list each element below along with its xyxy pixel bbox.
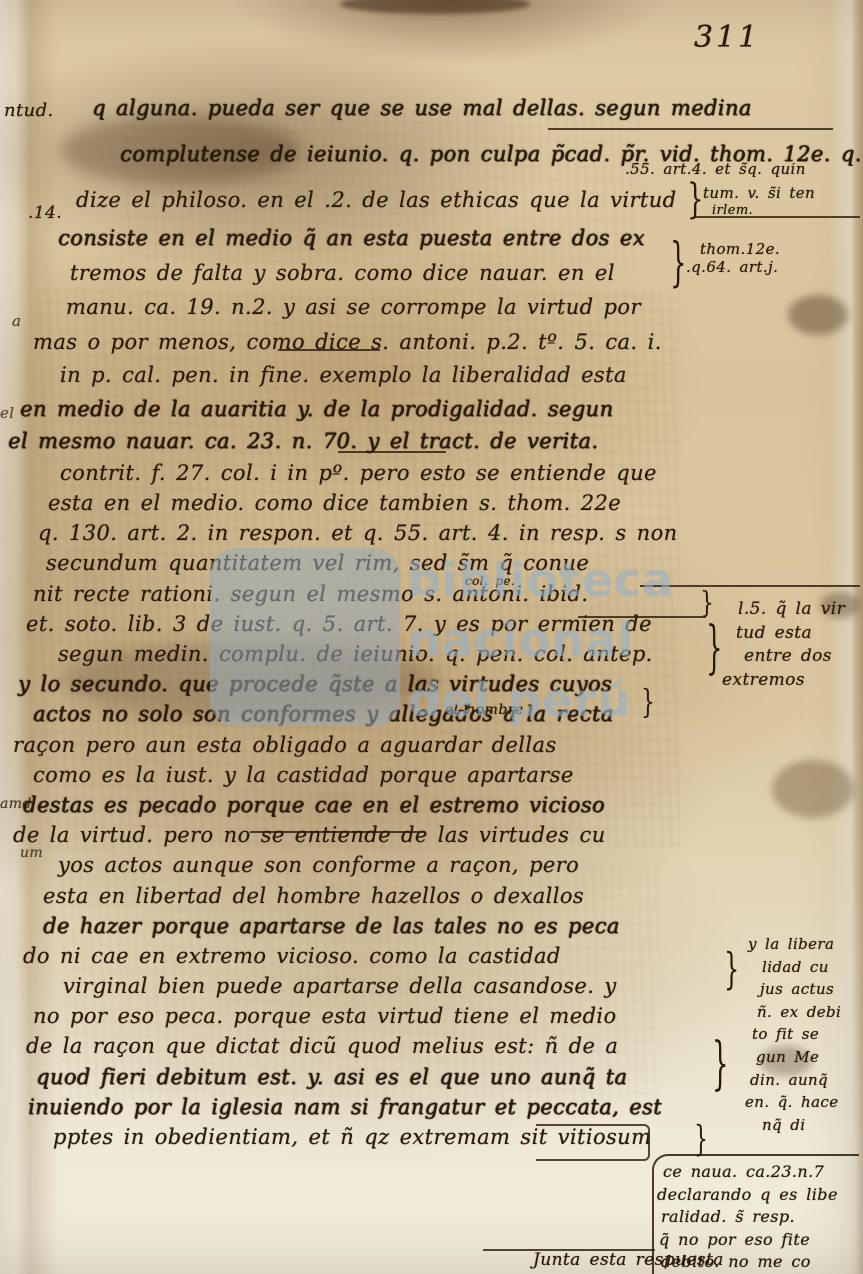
- ink-rule: [578, 616, 706, 618]
- manuscript-line: el mesmo nauar. ca. 23. n. 70. y el trac…: [0, 429, 863, 459]
- margin-fragment: a: [12, 312, 21, 330]
- bottom-annotation: Junta esta respuesta: [533, 1250, 724, 1270]
- margin-fragment: amd: [0, 796, 32, 812]
- manuscript-line: raçon pero aun esta obligado a aguardar …: [0, 733, 863, 763]
- margin-note-citation: tum. v. s̃i ten: [703, 184, 815, 202]
- folio-number: 311: [694, 20, 760, 55]
- brace-mark: }: [706, 616, 723, 682]
- margin-note-citation: .55. art.4. et s̃q. quin: [625, 160, 806, 178]
- manuscript-line: inuiendo por la iglesia nam si frangatur…: [0, 1095, 863, 1125]
- manuscript-line: en medio de la auaritia y. de la prodiga…: [0, 397, 863, 427]
- boxed-annotation-line: ce naua. ca.23.n.7: [663, 1161, 838, 1184]
- manuscript-line: contrit. f. 27. col. i in pº. pero esto …: [0, 461, 863, 491]
- word-box-frame: [536, 1124, 650, 1161]
- manuscript-page: 311 q alguna. pueda ser que se use mal d…: [0, 0, 863, 1274]
- manuscript-line: manu. ca. 19. n.2. y asi se corrompe la …: [0, 295, 863, 325]
- interlinear-note: el hombre: [445, 702, 523, 718]
- margin-note-line: l.5. q̃ la vir: [738, 598, 845, 622]
- margin-fragment: ntud.: [4, 100, 54, 121]
- ink-rule: [695, 216, 860, 218]
- ink-rule: [548, 128, 833, 130]
- manuscript-line: pptes in obedientiam, et ñ qz extremam s…: [0, 1125, 863, 1155]
- manuscript-line: esta en libertad del hombre hazellos o d…: [0, 884, 863, 914]
- margin-note-line: nq̃ di: [762, 1114, 841, 1137]
- ink-underline: [278, 349, 380, 351]
- margin-note-line: extremos: [722, 669, 845, 693]
- boxed-annotation-line: ralidad. s̃ resp.: [661, 1206, 838, 1229]
- manuscript-line: q alguna. pueda ser que se use mal della…: [0, 96, 863, 126]
- margin-note-line: to fit se: [752, 1023, 841, 1046]
- margin-note-line: y la libera: [748, 933, 841, 956]
- margin-note-line: jus actus: [760, 978, 841, 1001]
- ink-rule: [640, 585, 860, 587]
- margin-note-line: gun Me: [756, 1046, 841, 1069]
- margin-note-liberalidad: y la liberalidad cujus actusñ. ex debito…: [748, 933, 841, 1136]
- margin-note-line: entre dos: [744, 645, 845, 669]
- manuscript-line: in p. cal. pen. in fine. exemplo la libe…: [0, 363, 863, 393]
- ink-underline: [338, 451, 446, 453]
- manuscript-line: secundum quantitatem vel rim, sed s̃m q̃…: [0, 551, 863, 581]
- brace-mark: }: [641, 684, 655, 722]
- margin-fragment: um: [20, 845, 43, 861]
- manuscript-line: de la virtud. pero no se entiende de las…: [0, 823, 863, 853]
- margin-note-line: ñ. ex debi: [757, 1001, 841, 1024]
- manuscript-line: como es la iust. y la castidad porque ap…: [0, 763, 863, 793]
- manuscript-line: destas es pecado porque cae en el estrem…: [0, 793, 863, 823]
- manuscript-line: mas o por menos, como dice s. antoni. p.…: [0, 330, 863, 360]
- manuscript-line: q. 130. art. 2. in respon. et q. 55. art…: [0, 521, 863, 551]
- margin-note-line: din. aunq̃: [750, 1069, 841, 1092]
- boxed-annotation-line: declarando q es libe: [657, 1184, 838, 1207]
- brace-mark: }: [724, 944, 739, 994]
- interlinear-note: col. pe.: [465, 574, 515, 588]
- margin-note-line: lidad cu: [762, 956, 841, 979]
- margin-note-virtud: l.5. q̃ la virtud estaentre dosextremos: [722, 598, 845, 692]
- margin-note-thomas: .q.64. art.j.: [686, 258, 778, 276]
- margin-note-line: tud esta: [736, 622, 845, 646]
- manuscript-line: de la raçon que dictat dicũ quod melius …: [0, 1034, 863, 1064]
- margin-note-line: en. q̃. hace: [745, 1091, 841, 1114]
- boxed-annotation-line: q̃ no por eso fite: [659, 1229, 838, 1252]
- manuscript-line: no por eso peca. porque esta virtud tien…: [0, 1004, 863, 1034]
- brace-mark: }: [712, 1032, 729, 1098]
- margin-note-thomas: thom.12e.: [700, 240, 780, 258]
- margin-fragment: .14.: [28, 203, 62, 223]
- brace-mark: }: [670, 234, 687, 294]
- ink-smudge: [340, 0, 530, 14]
- margin-fragment: el: [0, 404, 14, 422]
- manuscript-line: quod fieri debitum est. y. asi es el que…: [0, 1065, 863, 1095]
- manuscript-line: yos actos aunque son conforme a raçon, p…: [0, 853, 863, 883]
- manuscript-line: de hazer porque apartarse de las tales n…: [0, 914, 863, 944]
- manuscript-line: actos no solo son conformes y allegados …: [0, 702, 863, 732]
- manuscript-line: esta en el medio. como dice tambien s. t…: [0, 491, 863, 521]
- ink-underline: [250, 831, 425, 833]
